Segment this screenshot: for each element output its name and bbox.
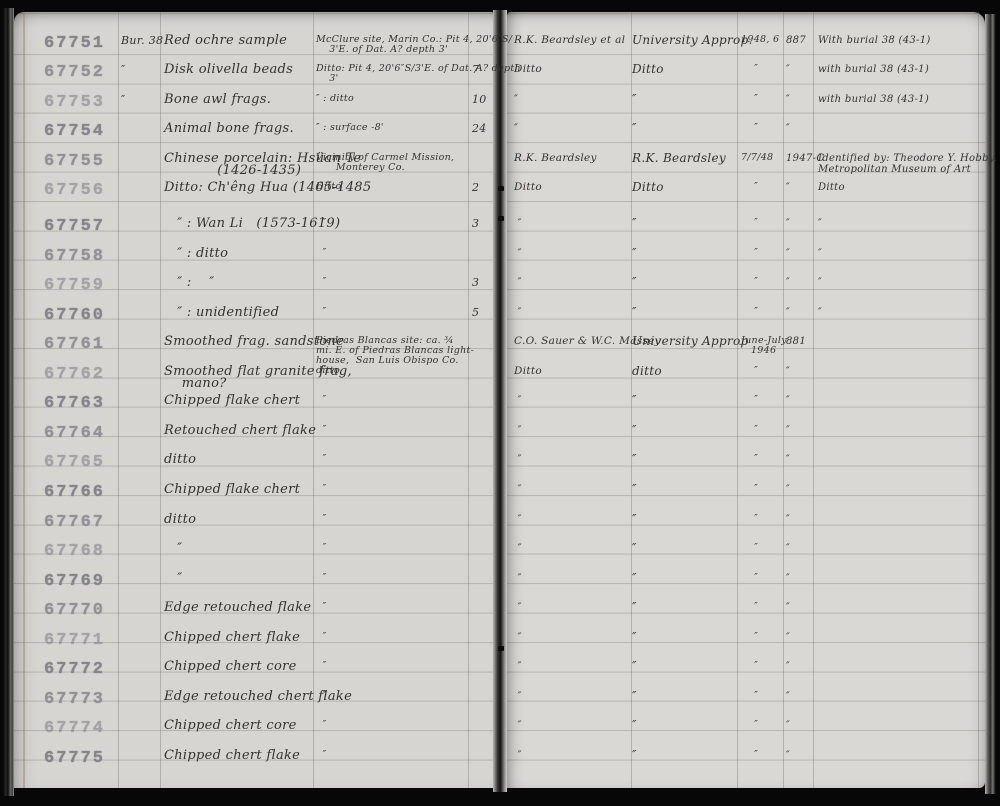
specimen-number-stamp: 67766 xyxy=(44,484,116,501)
quantity-cell: 3 xyxy=(472,277,479,288)
description-cell: ditto xyxy=(164,514,196,526)
ledger-row: 67752 ″ Disk olivella beads Ditto: Pit 4… xyxy=(0,64,1000,94)
date-cell: ″ xyxy=(741,691,758,701)
ledger-row: 67762 Smoothed flat granite frag, mano? … xyxy=(0,366,1000,396)
accession-cell: ″ xyxy=(786,514,790,525)
accession-cell: ″ xyxy=(786,573,790,584)
locality-cell: ″ xyxy=(316,248,327,258)
acquired-by-cell: ″ xyxy=(632,691,637,702)
acquired-by-cell: ″ xyxy=(632,661,637,672)
locality-cell: ″ xyxy=(316,602,327,612)
date-cell: ″ xyxy=(741,602,758,612)
locality-cell: Ditto: Pit 4, 20'6″S/3'E. of Dat. A? dep… xyxy=(316,64,521,84)
acquired-by-cell: ″ xyxy=(632,720,637,731)
collector-cell: ″ xyxy=(514,248,522,259)
description-cell: ditto xyxy=(164,454,196,466)
accession-cell: ″ xyxy=(786,425,790,436)
accession-cell: ″ xyxy=(786,64,790,75)
collector-cell: ″ xyxy=(514,514,522,525)
specimen-number-stamp: 67759 xyxy=(44,277,116,294)
description-cell: Animal bone frags. xyxy=(164,123,294,135)
burial-cell: Bur. 38 xyxy=(121,35,163,46)
collector-cell: ″ xyxy=(514,218,522,229)
remarks-cell: ″ xyxy=(818,218,822,229)
accession-cell: ″ xyxy=(786,454,790,465)
locality-cell: ″ : ditto xyxy=(316,94,354,104)
ledger-row: 67772 Chipped chert core ″ ″ ″ ″ ″ xyxy=(0,661,1000,691)
description-cell: Chipped chert flake xyxy=(164,632,300,644)
remarks-cell: ″ xyxy=(818,248,822,259)
accession-cell: ″ xyxy=(786,750,790,761)
locality-cell: ″ xyxy=(316,661,327,671)
date-cell: ″ xyxy=(741,750,758,760)
specimen-number-stamp: 67760 xyxy=(44,307,116,324)
locality-cell: ″ xyxy=(316,573,327,583)
specimen-number-stamp: 67765 xyxy=(44,454,116,471)
specimen-number-stamp: 67763 xyxy=(44,395,116,412)
specimen-number-stamp: 67770 xyxy=(44,602,116,619)
specimen-number-stamp: 67767 xyxy=(44,514,116,531)
ledger-row: 67758 ″ : ditto ″ ″ ″ ″ ″ ″ xyxy=(0,248,1000,278)
description-cell: Chipped flake chert xyxy=(164,484,300,496)
accession-cell: ″ xyxy=(786,543,790,554)
ledger-row: 67760 ″ : unidentified ″ 5 ″ ″ ″ ″ ″ xyxy=(0,307,1000,337)
collector-cell: ″ xyxy=(514,691,522,702)
remarks-cell: with burial 38 (43-1) xyxy=(818,94,929,105)
ledger-row: 67768 ″ ″ ″ ″ ″ ″ xyxy=(0,543,1000,573)
acquired-by-cell: Ditto xyxy=(632,64,664,75)
date-cell: ″ xyxy=(741,425,758,435)
collector-cell: ″ xyxy=(514,543,522,554)
ledger-row: 67767 ditto ″ ″ ″ ″ ″ xyxy=(0,514,1000,544)
specimen-number-stamp: 67754 xyxy=(44,123,116,140)
ledger-row: 67773 Edge retouched chert flake ″ ″ ″ ″… xyxy=(0,691,1000,721)
accession-cell: ″ xyxy=(786,277,790,288)
specimen-number-stamp: 67773 xyxy=(44,691,116,708)
burial-cell: ″ xyxy=(121,64,125,75)
acquired-by-cell: ″ xyxy=(632,632,637,643)
accession-cell: ″ xyxy=(786,366,790,377)
description-cell: Disk olivella beads xyxy=(164,64,293,76)
collector-cell: ″ xyxy=(514,307,522,318)
specimen-number-stamp: 67758 xyxy=(44,248,116,265)
acquired-by-cell: University Approp. xyxy=(632,35,753,46)
specimen-number-stamp: 67769 xyxy=(44,573,116,590)
locality-cell: McClure site, Marin Co.: Pit 4, 20'6″S/ … xyxy=(316,35,512,55)
description-cell: ″ : ″ xyxy=(164,277,214,289)
date-cell: ″ xyxy=(741,182,758,192)
specimen-number-stamp: 67775 xyxy=(44,750,116,767)
acquired-by-cell: ″ xyxy=(632,277,637,288)
collector-cell: ″ xyxy=(514,94,518,105)
collector-cell: R.K. Beardsley et al xyxy=(514,35,625,46)
collector-cell: Ditto xyxy=(514,182,542,193)
locality-cell: ditto xyxy=(316,366,340,376)
acquired-by-cell: ″ xyxy=(632,248,637,259)
date-cell: ″ xyxy=(741,484,758,494)
description-cell: ″ : Wan Li (1573-1619) xyxy=(164,218,340,230)
accession-cell: ″ xyxy=(786,218,790,229)
acquired-by-cell: ″ xyxy=(632,218,637,229)
date-cell: ″ xyxy=(741,454,758,464)
specimen-number-stamp: 67753 xyxy=(44,94,116,111)
locality-cell: Piedras Blancas site: ca. ¾ mi. E. of Pi… xyxy=(316,336,474,366)
ledger-row: 67753 ″ Bone awl frags. ″ : ditto 10 ″ ″… xyxy=(0,94,1000,124)
remarks-cell: Ditto xyxy=(818,182,845,193)
quantity-cell: 2 xyxy=(472,182,479,193)
ledger-row: 67765 ditto ″ ″ ″ ″ ″ xyxy=(0,454,1000,484)
locality-cell: Vicinity of Carmel Mission, Monterey Co. xyxy=(316,153,454,173)
ledger-row: 67770 Edge retouched flake ″ ″ ″ ″ ″ xyxy=(0,602,1000,632)
locality-cell: ″ : surface -8' xyxy=(316,123,384,133)
ledger-row: 67774 Chipped chert core ″ ″ ″ ″ ″ xyxy=(0,720,1000,750)
acquired-by-cell: ″ xyxy=(632,484,637,495)
acquired-by-cell: University Approp xyxy=(632,336,748,347)
acquired-by-cell: ″ xyxy=(632,602,637,613)
ledger-row: 67761 Smoothed frag. sandstone Piedras B… xyxy=(0,336,1000,366)
locality-cell: ″ xyxy=(316,750,327,760)
description-cell: Retouched chert flake xyxy=(164,425,316,437)
date-cell: 1948, 6 xyxy=(741,35,779,45)
ledger-row: 67763 Chipped flake chert ″ ″ ″ ″ ″ xyxy=(0,395,1000,425)
ledger-row: 67764 Retouched chert flake ″ ″ ″ ″ ″ xyxy=(0,425,1000,455)
specimen-number-stamp: 67771 xyxy=(44,632,116,649)
date-cell: ″ xyxy=(741,543,758,553)
collector-cell: ″ xyxy=(514,632,522,643)
specimen-number-stamp: 67772 xyxy=(44,661,116,678)
acquired-by-cell: ditto xyxy=(632,366,662,377)
locality-cell: ″ xyxy=(316,543,327,553)
ledger-row: 67769 ″ ″ ″ ″ ″ ″ xyxy=(0,573,1000,603)
locality-cell: ″ xyxy=(316,514,327,524)
remarks-cell: Identified by: Theodore Y. Hobby, Metrop… xyxy=(818,153,997,175)
locality-cell: ″ xyxy=(316,484,327,494)
locality-cell: ″ xyxy=(316,454,327,464)
acquired-by-cell: R.K. Beardsley xyxy=(632,153,726,164)
remarks-cell: ″ xyxy=(818,307,822,318)
description-cell: Chipped chert flake xyxy=(164,750,300,762)
date-cell: ″ xyxy=(741,123,758,133)
specimen-number-stamp: 67764 xyxy=(44,425,116,442)
date-cell: ″ xyxy=(741,277,758,287)
acquired-by-cell: ″ xyxy=(632,543,637,554)
date-cell: June-July 1946 xyxy=(741,336,787,356)
accession-cell: ″ xyxy=(786,94,790,105)
date-cell: ″ xyxy=(741,573,758,583)
date-cell: ″ xyxy=(741,248,758,258)
date-cell: ″ xyxy=(741,395,758,405)
locality-cell: ″ xyxy=(316,720,327,730)
specimen-number-stamp: 67761 xyxy=(44,336,116,353)
description-cell: ″ xyxy=(164,573,182,585)
acquired-by-cell: ″ xyxy=(632,514,637,525)
accession-cell: 887 xyxy=(786,35,806,46)
ledger-row: 67759 ″ : ″ ″ 3 ″ ″ ″ ″ ″ xyxy=(0,277,1000,307)
ledger-row: 67755 Chinese porcelain: Hsüan Te (1426-… xyxy=(0,153,1000,183)
ledger-row: 67771 Chipped chert flake ″ ″ ″ ″ ″ xyxy=(0,632,1000,662)
ledger-row: 67766 Chipped flake chert ″ ″ ″ ″ ″ xyxy=(0,484,1000,514)
specimen-number-stamp: 67751 xyxy=(44,35,116,52)
locality-cell: ″ xyxy=(316,691,327,701)
description-cell: Chipped chert core xyxy=(164,720,297,732)
quantity-cell: 7 xyxy=(472,64,479,75)
collector-cell: ″ xyxy=(514,277,522,288)
collector-cell: R.K. Beardsley xyxy=(514,153,597,164)
ledger-row: 67751 Bur. 38 Red ochre sample McClure s… xyxy=(0,35,1000,65)
burial-cell: ″ xyxy=(121,94,125,105)
acquired-by-cell: ″ xyxy=(632,307,637,318)
description-cell: ″ xyxy=(164,543,182,555)
date-cell: ″ xyxy=(741,514,758,524)
accession-cell: ″ xyxy=(786,632,790,643)
date-cell: ″ xyxy=(741,307,758,317)
locality-cell: ″ xyxy=(316,395,327,405)
quantity-cell: 24 xyxy=(472,123,487,134)
ledger-rows: 67751 Bur. 38 Red ochre sample McClure s… xyxy=(0,0,1000,806)
quantity-cell: 10 xyxy=(472,94,487,105)
description-cell: Bone awl frags. xyxy=(164,94,271,106)
description-cell: Red ochre sample xyxy=(164,35,287,47)
accession-cell: ″ xyxy=(786,720,790,731)
accession-cell: ″ xyxy=(786,484,790,495)
quantity-cell: 3 xyxy=(472,218,479,229)
date-cell: ″ xyxy=(741,64,758,74)
accession-cell: ″ xyxy=(786,395,790,406)
acquired-by-cell: Ditto xyxy=(632,182,664,193)
quantity-cell: 5 xyxy=(472,307,479,318)
accession-cell: ″ xyxy=(786,307,790,318)
ledger-row: 67757 ″ : Wan Li (1573-1619) ″ 3 ″ ″ ″ ″… xyxy=(0,218,1000,248)
collector-cell: ″ xyxy=(514,454,522,465)
date-cell: ″ xyxy=(741,366,758,376)
acquired-by-cell: ″ xyxy=(632,425,637,436)
remarks-cell: With burial 38 (43-1) xyxy=(818,35,931,46)
specimen-number-stamp: 67756 xyxy=(44,182,116,199)
accession-cell: 881 xyxy=(786,336,806,347)
collector-cell: ″ xyxy=(514,395,522,406)
specimen-number-stamp: 67752 xyxy=(44,64,116,81)
collector-cell: ″ xyxy=(514,425,522,436)
collector-cell: ″ xyxy=(514,123,518,134)
date-cell: 7/7/48 xyxy=(741,153,773,163)
acquired-by-cell: ″ xyxy=(632,94,637,105)
collector-cell: ″ xyxy=(514,750,522,761)
locality-cell: ″ xyxy=(316,277,327,287)
locality-cell: ″ xyxy=(316,218,327,228)
description-cell: ″ : unidentified xyxy=(164,307,279,319)
date-cell: ″ xyxy=(741,720,758,730)
ledger-row: 67756 Ditto: Ch'êng Hua (1465-1485 Ditto… xyxy=(0,182,1000,212)
accession-cell: ″ xyxy=(786,602,790,613)
collector-cell: ″ xyxy=(514,573,522,584)
ledger-row: 67775 Chipped chert flake ″ ″ ″ ″ ″ xyxy=(0,750,1000,780)
specimen-number-stamp: 67762 xyxy=(44,366,116,383)
remarks-cell: ″ xyxy=(818,277,822,288)
collector-cell: ″ xyxy=(514,484,522,495)
collector-cell: ″ xyxy=(514,602,522,613)
specimen-number-stamp: 67755 xyxy=(44,153,116,170)
date-cell: ″ xyxy=(741,661,758,671)
description-cell: Chipped flake chert xyxy=(164,395,300,407)
collector-cell: ″ xyxy=(514,720,522,731)
ledger-scan: { "colors": { "background": "#070707", "… xyxy=(0,0,1000,806)
accession-cell: ″ xyxy=(786,691,790,702)
collector-cell: Ditto xyxy=(514,64,542,75)
date-cell: ″ xyxy=(741,218,758,228)
acquired-by-cell: ″ xyxy=(632,454,637,465)
description-cell: Edge retouched flake xyxy=(164,602,311,614)
accession-cell: ″ xyxy=(786,248,790,259)
specimen-number-stamp: 67768 xyxy=(44,543,116,560)
locality-cell: Ditto xyxy=(316,182,342,192)
remarks-cell: with burial 38 (43-1) xyxy=(818,64,929,75)
description-cell: Chipped chert core xyxy=(164,661,297,673)
collector-cell: ″ xyxy=(514,661,522,672)
accession-cell: ″ xyxy=(786,182,790,193)
specimen-number-stamp: 67774 xyxy=(44,720,116,737)
specimen-number-stamp: 67757 xyxy=(44,218,116,235)
date-cell: ″ xyxy=(741,632,758,642)
description-cell: ″ : ditto xyxy=(164,248,228,260)
acquired-by-cell: ″ xyxy=(632,123,637,134)
ledger-row: 67754 Animal bone frags. ″ : surface -8'… xyxy=(0,123,1000,153)
locality-cell: ″ xyxy=(316,425,327,435)
acquired-by-cell: ″ xyxy=(632,750,637,761)
collector-cell: Ditto xyxy=(514,366,542,377)
locality-cell: ″ xyxy=(316,307,327,317)
acquired-by-cell: ″ xyxy=(632,573,637,584)
accession-cell: ″ xyxy=(786,123,790,134)
acquired-by-cell: ″ xyxy=(632,395,637,406)
date-cell: ″ xyxy=(741,94,758,104)
locality-cell: ″ xyxy=(316,632,327,642)
accession-cell: ″ xyxy=(786,661,790,672)
